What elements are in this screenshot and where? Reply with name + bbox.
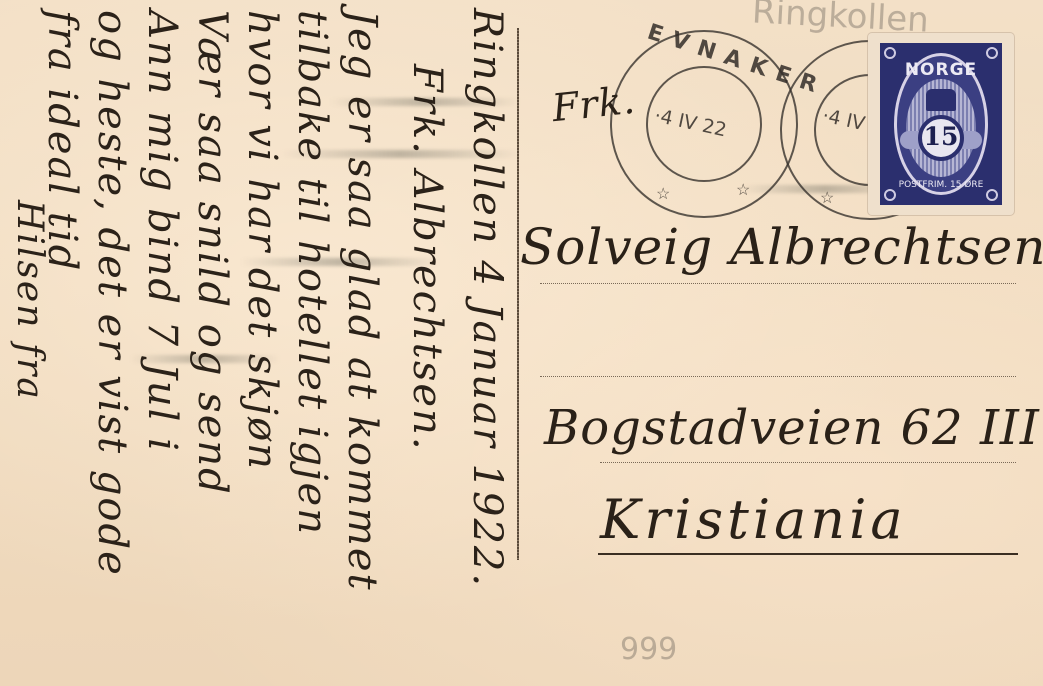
message-line: Ann mig bind 7 Jul i <box>139 10 185 453</box>
address-street: Bogstadveien 62 III <box>544 400 1040 456</box>
address-line-1 <box>540 283 1016 284</box>
message-line: Jeg er saa glad at kommet <box>339 10 385 592</box>
postage-stamp: 15 NORGE POSTFRIM. 15 ØRE <box>868 33 1014 215</box>
crown-icon <box>926 89 956 111</box>
stamp-frame: 15 NORGE POSTFRIM. 15 ØRE <box>880 43 1002 205</box>
address-underline <box>598 553 1018 555</box>
postmark-star-icon: ☆ <box>736 180 750 199</box>
recipient-name: Solveig Albrechtsen <box>520 218 1043 276</box>
postmark-star-icon: ☆ <box>656 184 670 203</box>
stamp-caption: POSTFRIM. 15 ØRE <box>880 180 1002 190</box>
message-line: og heste, det er vist gode <box>89 10 135 577</box>
postmark-evnaker: EVNAKER ·4 IV 22 ☆ ☆ <box>610 30 798 218</box>
postmark-star-icon: ☆ <box>820 188 834 207</box>
message-line: hvor vi har det skjøn <box>239 10 285 471</box>
postcard: Ringkollen 999 EVNAKER ·4 IV 22 ☆ ☆ ·4 I… <box>0 0 1043 686</box>
message-line: Hilsen fra <box>9 200 50 401</box>
address-city: Kristiania <box>600 488 907 551</box>
message-line: Vær saa snild og send <box>189 10 235 496</box>
stamp-value: 15 <box>918 122 964 151</box>
message-line: tilbake til hotellet igjen <box>289 10 335 536</box>
address-line-2 <box>540 376 1016 377</box>
address-prefix: Frk. <box>550 78 638 131</box>
address-line-3 <box>600 462 1016 463</box>
pencil-note-bottom: 999 <box>620 632 677 667</box>
stamp-country: NORGE <box>880 60 1002 80</box>
message-line: Ringkollen 4 Januar 1922. <box>464 8 510 588</box>
handwritten-message: Ringkollen 4 Januar 1922. Frk. Albrechts… <box>0 0 520 686</box>
message-line: Frk. Albrechtsen. <box>404 64 450 452</box>
